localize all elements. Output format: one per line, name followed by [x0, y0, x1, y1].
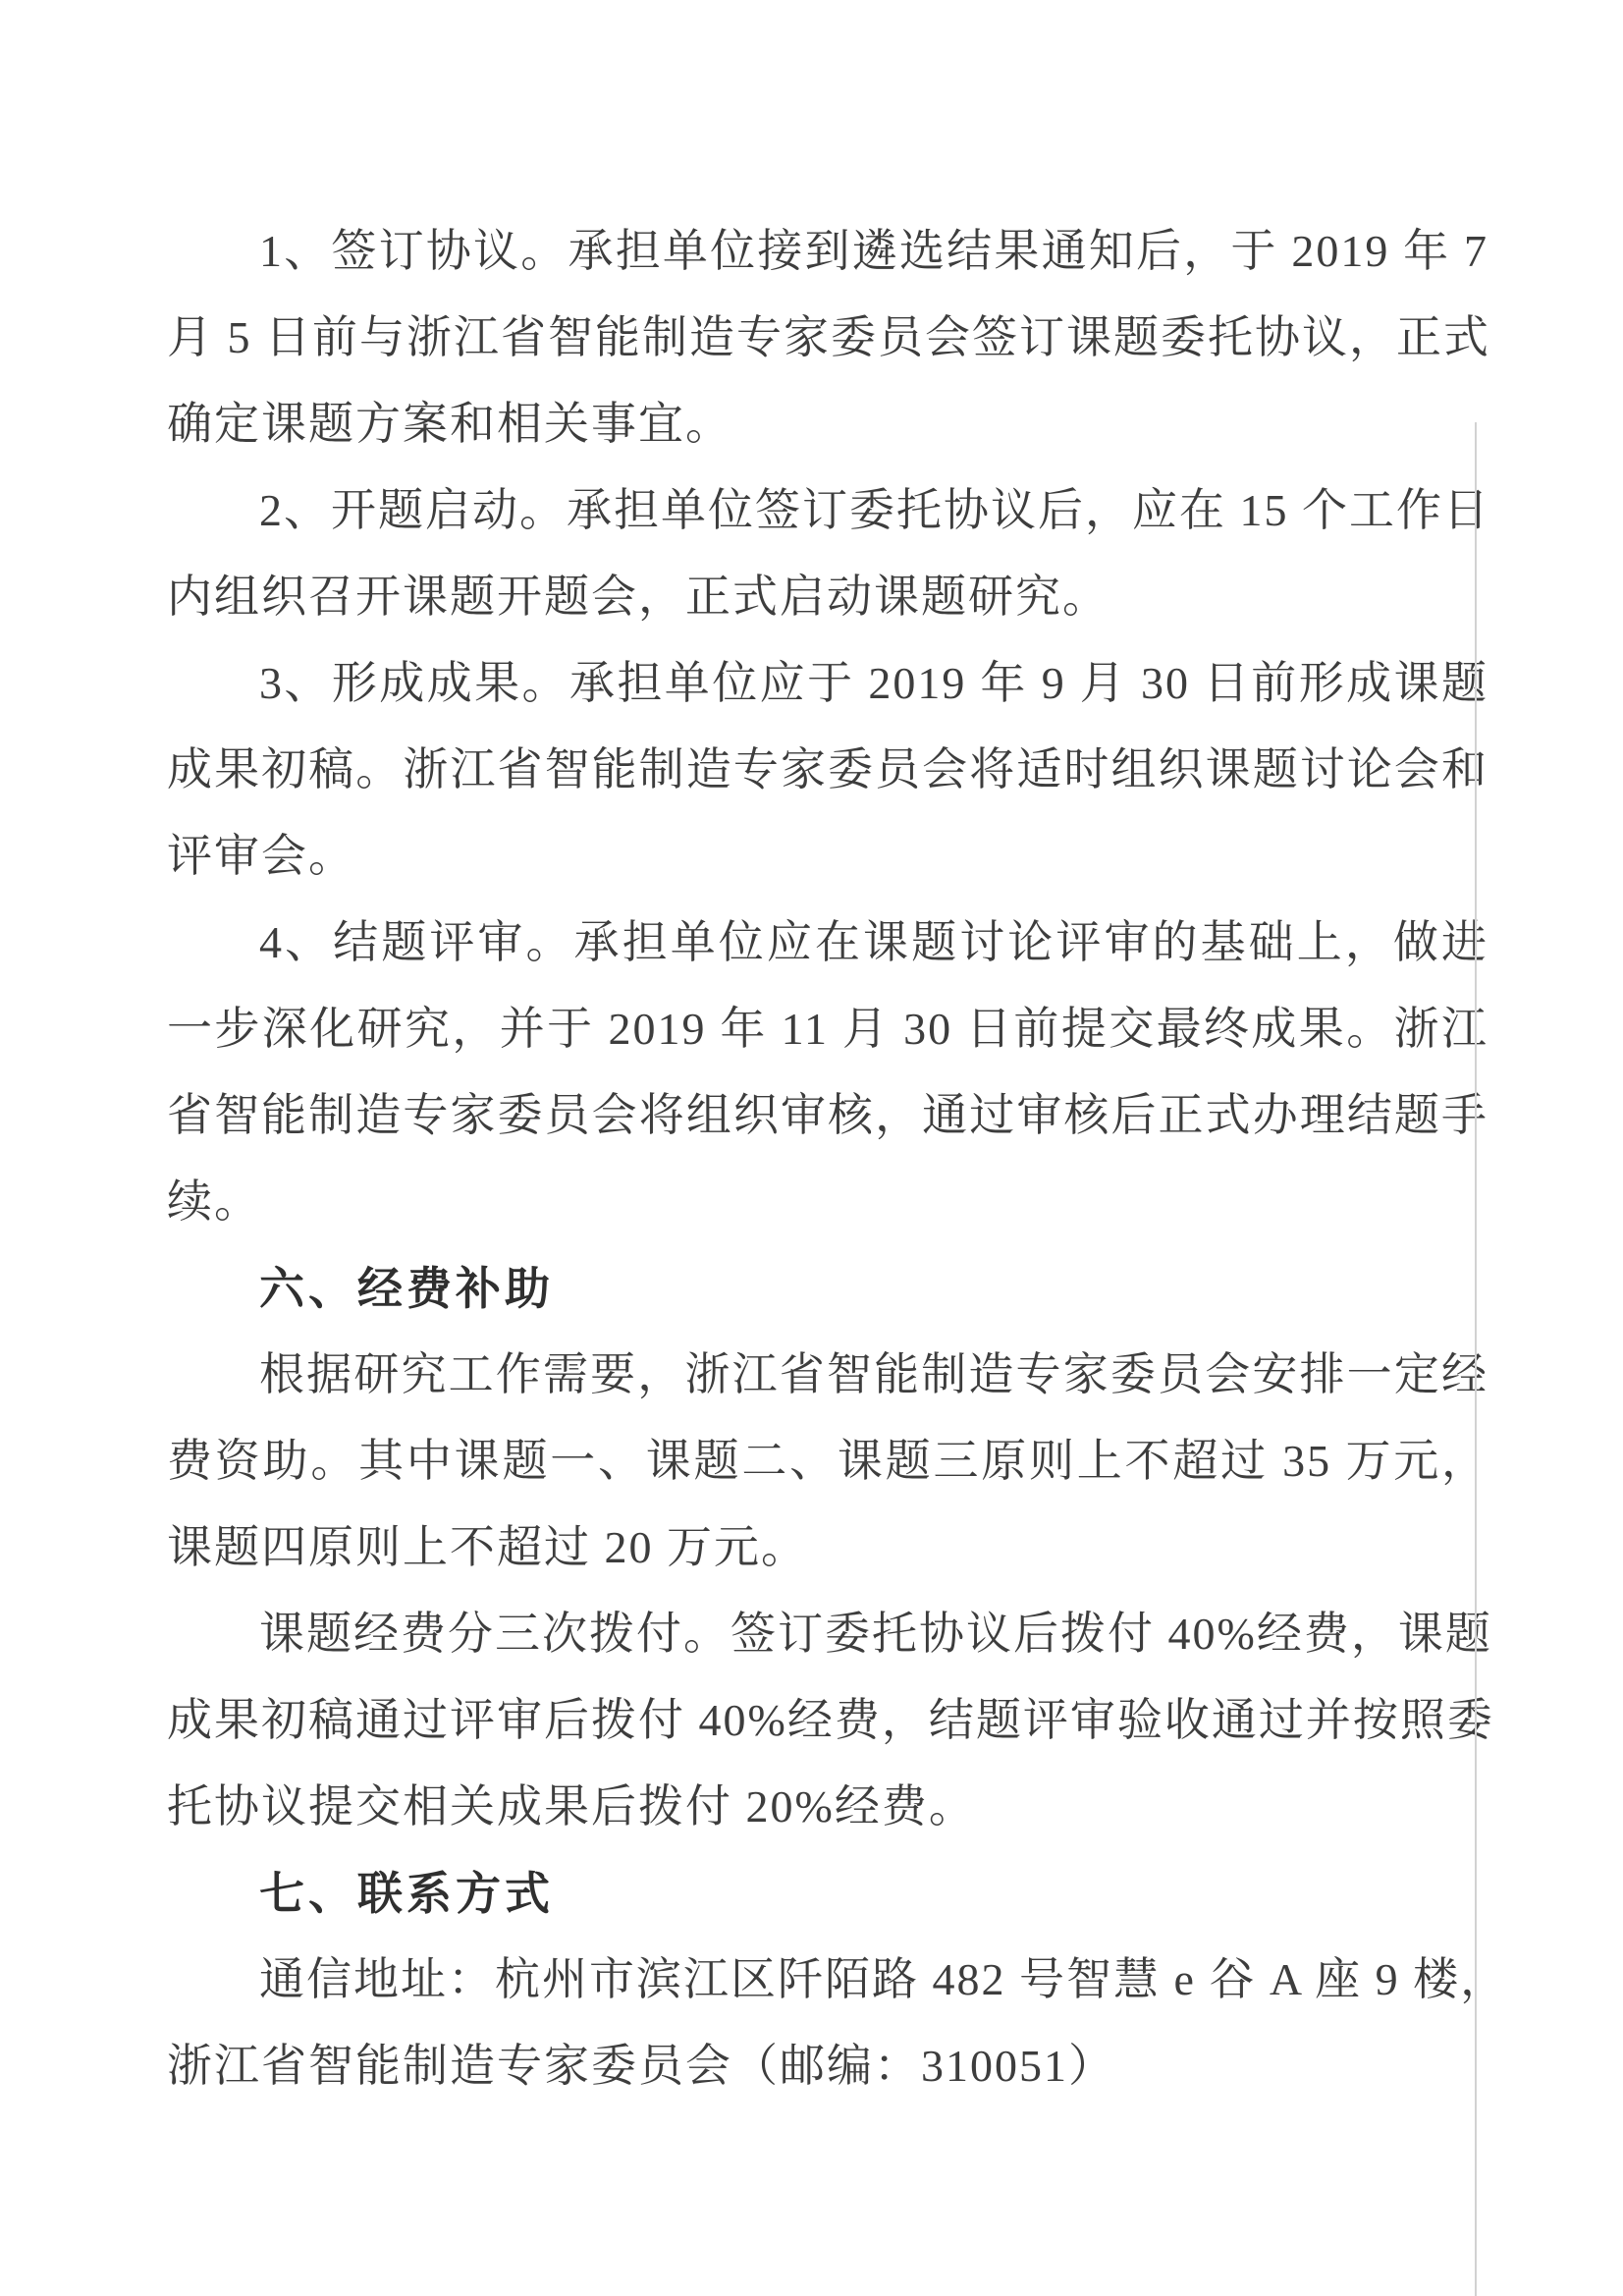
section-heading: 六、经费补助: [167, 1245, 1488, 1332]
text-line: 成果初稿。浙江省智能制造专家委员会将适时组织课题讨论会和: [167, 727, 1488, 813]
paragraph: 根据研究工作需要，浙江省智能制造专家委员会安排一定经费资助。其中课题一、课题二、…: [167, 1332, 1488, 1591]
paragraph: 3、形成成果。承担单位应于 2019 年 9 月 30 日前形成课题成果初稿。浙…: [167, 640, 1488, 900]
text-line: 课题四原则上不超过 20 万元。: [167, 1504, 1488, 1591]
paragraph: 4、结题评审。承担单位应在课题讨论评审的基础上，做进一步深化研究，并于 2019…: [167, 900, 1488, 1245]
text-line: 课题经费分三次拨付。签订委托协议后拨付 40%经费，课题: [167, 1591, 1488, 1677]
text-line: 一步深化研究，并于 2019 年 11 月 30 日前提交最终成果。浙江: [167, 986, 1488, 1072]
text-line: 费资助。其中课题一、课题二、课题三原则上不超过 35 万元，: [167, 1418, 1488, 1504]
text-line: 浙江省智能制造专家委员会（邮编：310051）: [167, 2023, 1488, 2109]
text-line: 省智能制造专家委员会将组织审核，通过审核后正式办理结题手: [167, 1072, 1488, 1159]
text-line: 确定课题方案和相关事宜。: [167, 381, 1488, 467]
text-line: 六、经费补助: [167, 1245, 1488, 1332]
text-line: 根据研究工作需要，浙江省智能制造专家委员会安排一定经: [167, 1332, 1488, 1418]
document-page: 1、签订协议。承担单位接到遴选结果通知后，于 2019 年 7月 5 日前与浙江…: [0, 0, 1623, 2296]
text-line: 2、开题启动。承担单位签订委托协议后，应在 15 个工作日: [167, 467, 1488, 554]
text-line: 通信地址：杭州市滨江区阡陌路 482 号智慧 e 谷 A 座 9 楼，: [167, 1937, 1488, 2023]
text-line: 续。: [167, 1159, 1488, 1245]
text-line: 1、签订协议。承担单位接到遴选结果通知后，于 2019 年 7: [167, 208, 1488, 295]
paragraph: 2、开题启动。承担单位签订委托协议后，应在 15 个工作日内组织召开课题开题会，…: [167, 467, 1488, 640]
text-line: 七、联系方式: [167, 1850, 1488, 1937]
text-line: 评审会。: [167, 813, 1488, 900]
section-heading: 七、联系方式: [167, 1850, 1488, 1937]
paragraph: 通信地址：杭州市滨江区阡陌路 482 号智慧 e 谷 A 座 9 楼，浙江省智能…: [167, 1937, 1488, 2109]
text-line: 3、形成成果。承担单位应于 2019 年 9 月 30 日前形成课题: [167, 640, 1488, 727]
paragraph: 课题经费分三次拨付。签订委托协议后拨付 40%经费，课题成果初稿通过评审后拨付 …: [167, 1591, 1488, 1850]
text-line: 内组织召开课题开题会，正式启动课题研究。: [167, 554, 1488, 640]
document-content: 1、签订协议。承担单位接到遴选结果通知后，于 2019 年 7月 5 日前与浙江…: [167, 208, 1488, 2109]
text-line: 月 5 日前与浙江省智能制造专家委员会签订课题委托协议，正式: [167, 295, 1488, 381]
paragraph: 1、签订协议。承担单位接到遴选结果通知后，于 2019 年 7月 5 日前与浙江…: [167, 208, 1488, 467]
text-line: 成果初稿通过评审后拨付 40%经费，结题评审验收通过并按照委: [167, 1677, 1488, 1764]
text-line: 4、结题评审。承担单位应在课题讨论评审的基础上，做进: [167, 900, 1488, 986]
text-line: 托协议提交相关成果后拨付 20%经费。: [167, 1764, 1488, 1850]
scan-artifact-line: [1475, 422, 1477, 2296]
